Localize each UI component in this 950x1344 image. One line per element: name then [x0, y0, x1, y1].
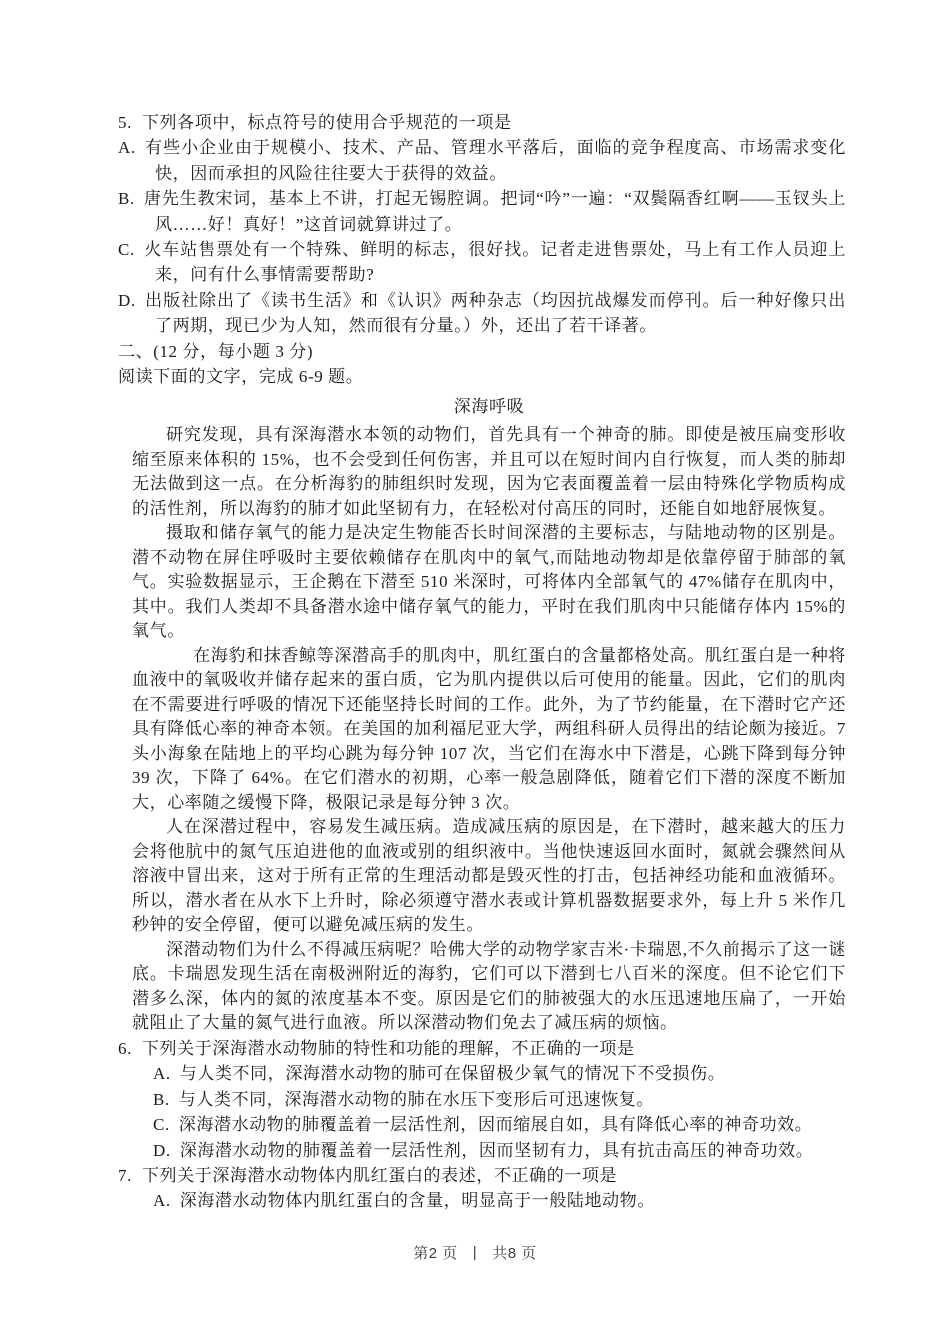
option-text: 出版社除出了《读书生活》和《认识》两种杂志（均因抗战爆发而停刊。后一种好像只出了… — [145, 291, 846, 335]
option-label: C. — [118, 240, 135, 259]
question-6-option-a: A.与人类不同，深海潜水动物的肺可在保留极少氧气的情况下不受损伤。 — [153, 1061, 846, 1086]
question-6-option-d: D.深海潜水动物的肺覆盖着一层活性剂，因而坚韧有力，具有抗击高压的神奇功效。 — [153, 1138, 846, 1163]
question-5-option-b: B.唐先生教宋词，基本上不讲，打起无锡腔调。把词“吟”一遍：“双鬓隔香红啊——玉… — [118, 186, 846, 237]
exam-page: 5.下列各项中，标点符号的使用合乎规范的一项是 A.有些小企业由于规模小、技术、… — [0, 0, 950, 1344]
passage-paragraph-2: 摄取和储存氧气的能力是决定生物能否长时间深潜的主要标志，与陆地动物的区别是。潜不… — [132, 521, 846, 644]
reading-instruction: 阅读下面的文字，完成 6-9 题。 — [118, 364, 846, 389]
passage-paragraph-1: 研究发现，具有深海潜水本领的动物们，首先具有一个神奇的肺。即使是被压扁变形收缩至… — [132, 423, 846, 521]
question-5-stem-text: 下列各项中，标点符号的使用合乎规范的一项是 — [142, 113, 512, 132]
option-text: 与人类不同，深海潜水动物的肺可在保留极少氧气的情况下不受损伤。 — [180, 1064, 726, 1083]
option-label: D. — [118, 291, 136, 310]
option-text: 与人类不同，深海潜水动物的肺在水压下变形后可迅速恢复。 — [179, 1090, 654, 1109]
page-footer: 第2 页 | 共8 页 — [0, 1242, 950, 1263]
option-text: 深海潜水动物的肺覆盖着一层活性剂，因而坚韧有力，具有抗击高压的神奇功效。 — [180, 1141, 814, 1160]
question-7: 7.下列关于深海潜水动物体内肌红蛋白的表述，不正确的一项是 A.深海潜水动物体内… — [118, 1163, 846, 1214]
option-label: A. — [118, 138, 136, 157]
option-text: 深海潜水动物的肺覆盖着一层活性剂，因而缩展自如，具有降低心率的神奇功效。 — [179, 1115, 813, 1134]
option-label: A. — [153, 1064, 171, 1083]
question-7-stem: 7.下列关于深海潜水动物体内肌红蛋白的表述，不正确的一项是 — [118, 1163, 846, 1188]
passage-paragraph-3: 在海豹和抹香鲸等深潜高手的肌肉中，肌红蛋白的含量都格处高。肌红蛋白是一种将血液中… — [132, 644, 846, 816]
section-2-heading: 二、(12 分，每小题 3 分) — [118, 339, 846, 364]
option-text: 唐先生教宋词，基本上不讲，打起无锡腔调。把词“吟”一遍：“双鬓隔香红啊——玉钗头… — [144, 189, 846, 233]
question-6-stem-text: 下列关于深海潜水动物肺的特性和功能的理解，不正确的一项是 — [142, 1039, 635, 1058]
option-label: C. — [153, 1115, 170, 1134]
option-text: 深海潜水动物体内肌红蛋白的含量，明显高于一般陆地动物。 — [180, 1191, 655, 1210]
option-label: A. — [153, 1191, 171, 1210]
option-text: 火车站售票处有一个特殊、鲜明的标志，很好找。记者走进售票处，马上有工作人员迎上来… — [144, 240, 846, 284]
question-6-stem: 6.下列关于深海潜水动物肺的特性和功能的理解，不正确的一项是 — [118, 1036, 846, 1061]
reading-passage: 深海呼吸 研究发现，具有深海潜水本领的动物们，首先具有一个神奇的肺。即使是被压扁… — [132, 394, 846, 1036]
question-6-number: 6. — [118, 1039, 132, 1058]
option-label: D. — [153, 1141, 171, 1160]
passage-paragraph-4: 人在深潜过程中，容易发生减压病。造成减压病的原因是，在下潜时，越来越大的压力会将… — [132, 815, 846, 938]
question-7-stem-text: 下列关于深海潜水动物体内肌红蛋白的表述，不正确的一项是 — [142, 1166, 617, 1185]
option-label: B. — [118, 189, 135, 208]
footer-separator: | — [473, 1244, 477, 1261]
question-5-number: 5. — [118, 113, 132, 132]
question-5-option-a: A.有些小企业由于规模小、技术、产品、管理水平落后，面临的竞争程度高、市场需求变… — [118, 135, 846, 186]
question-5-option-c: C.火车站售票处有一个特殊、鲜明的标志，很好找。记者走进售票处，马上有工作人员迎… — [118, 237, 846, 288]
question-6-option-b: B.与人类不同，深海潜水动物的肺在水压下变形后可迅速恢复。 — [153, 1087, 846, 1112]
question-5: 5.下列各项中，标点符号的使用合乎规范的一项是 A.有些小企业由于规模小、技术、… — [118, 110, 846, 339]
exam-content: 5.下列各项中，标点符号的使用合乎规范的一项是 A.有些小企业由于规模小、技术、… — [0, 0, 950, 1214]
option-label: B. — [153, 1090, 170, 1109]
question-7-number: 7. — [118, 1166, 132, 1185]
option-text: 有些小企业由于规模小、技术、产品、管理水平落后，面临的竞争程度高、市场需求变化快… — [145, 138, 846, 182]
passage-paragraph-5: 深潜动物们为什么不得减压病呢？哈佛大学的动物学家吉米·卡瑞恩,不久前揭示了这一谜… — [132, 938, 846, 1036]
question-5-stem: 5.下列各项中，标点符号的使用合乎规范的一项是 — [118, 110, 846, 135]
question-5-option-d: D.出版社除出了《读书生活》和《认识》两种杂志（均因抗战爆发而停刊。后一种好像只… — [118, 288, 846, 339]
passage-title: 深海呼吸 — [132, 394, 846, 420]
question-6-option-c: C.深海潜水动物的肺覆盖着一层活性剂，因而缩展自如，具有降低心率的神奇功效。 — [153, 1112, 846, 1137]
question-6: 6.下列关于深海潜水动物肺的特性和功能的理解，不正确的一项是 A.与人类不同，深… — [118, 1036, 846, 1163]
footer-total-pages: 共8 页 — [492, 1242, 537, 1263]
question-7-option-a: A.深海潜水动物体内肌红蛋白的含量，明显高于一般陆地动物。 — [153, 1188, 846, 1213]
footer-current-page: 第2 页 — [413, 1242, 458, 1263]
